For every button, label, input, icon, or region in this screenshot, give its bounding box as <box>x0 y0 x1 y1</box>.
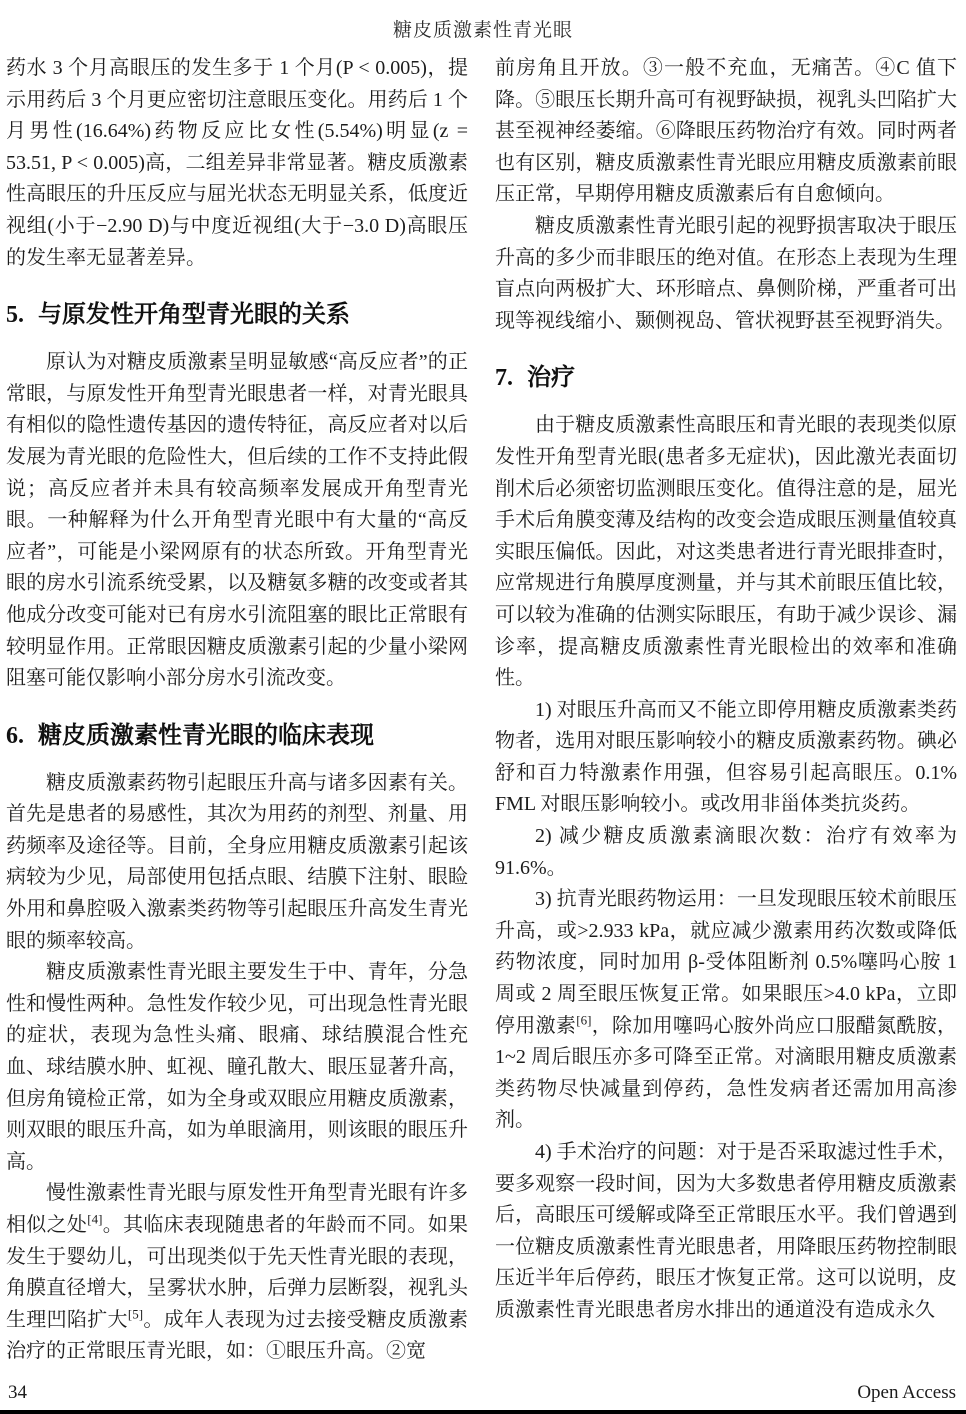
section-title: 治疗 <box>527 364 575 391</box>
citation-ref-4: [4] <box>87 1211 102 1226</box>
section-number: 5. <box>6 300 24 330</box>
license-label: Open Access <box>857 1382 956 1404</box>
paragraph: 糖皮质激素性青光眼主要发生于中、青年，分急性和慢性两种。急性发作较少见，可出现急… <box>6 957 468 1178</box>
paragraph-continuation: 前房角且开放。③一般不充血，无痛苦。④C 值下降。⑤眼压长期升高可有视野缺损，视… <box>495 53 957 211</box>
running-header: 糖皮质激素性青光眼 <box>0 0 966 42</box>
paragraph: 原认为对糖皮质激素呈明显敏感“高反应者”的正常眼，与原发性开角型青光眼患者一样，… <box>6 347 468 695</box>
list-item-paragraph-1: 1) 对眼压升高而又不能立即停用糖皮质激素类药物者，选用对眼压影响较小的糖皮质激… <box>495 695 957 821</box>
paragraph-continuation: 药水 3 个月高眼压的发生多于 1 个月(P < 0.005)，提示用药后 3 … <box>6 53 468 274</box>
citation-ref-6: [6] <box>576 1012 591 1027</box>
citation-ref-5: [5] <box>128 1306 143 1321</box>
two-column-body: 药水 3 个月高眼压的发生多于 1 个月(P < 0.005)，提示用药后 3 … <box>0 53 966 1368</box>
running-header-title: 糖皮质激素性青光眼 <box>393 20 573 41</box>
list-item-paragraph-2: 2) 减少糖皮质激素滴眼次数：治疗有效率为 91.6%。 <box>495 821 957 884</box>
paragraph: 慢性激素性青光眼与原发性开角型青光眼有许多相似之处[4]。其临床表现随患者的年龄… <box>6 1178 468 1368</box>
left-column: 药水 3 个月高眼压的发生多于 1 个月(P < 0.005)，提示用药后 3 … <box>6 53 468 1368</box>
document-page: 糖皮质激素性青光眼 药水 3 个月高眼压的发生多于 1 个月(P < 0.005… <box>0 0 966 1414</box>
paragraph: 糖皮质激素药物引起眼压升高与诸多因素有关。首先是患者的易感性，其次为用药的剂型、… <box>6 768 468 958</box>
section-title: 糖皮质激素性青光眼的临床表现 <box>38 722 374 749</box>
section-heading-6: 6.糖皮质激素性青光眼的临床表现 <box>6 721 468 751</box>
right-column: 前房角且开放。③一般不充血，无痛苦。④C 值下降。⑤眼压长期升高可有视野缺损，视… <box>495 53 957 1368</box>
list-item-paragraph-4: 4) 手术治疗的问题：对于是否采取滤过性手术，要多观察一段时间，因为大多数患者停… <box>495 1137 957 1327</box>
page-footer: 34 Open Access <box>8 1382 956 1404</box>
list-item-paragraph-3: 3) 抗青光眼药物运用：一旦发现眼压较术前眼压升高，或>2.933 kPa，就应… <box>495 884 957 1137</box>
section-heading-7: 7.治疗 <box>495 363 957 393</box>
paragraph: 糖皮质激素性青光眼引起的视野损害取决于眼压升高的多少而非眼压的绝对值。在形态上表… <box>495 211 957 337</box>
page-number: 34 <box>8 1382 27 1404</box>
section-number: 6. <box>6 721 24 751</box>
scan-edge-bar <box>0 1410 966 1414</box>
section-title: 与原发性开角型青光眼的关系 <box>38 301 350 328</box>
section-heading-5: 5.与原发性开角型青光眼的关系 <box>6 300 468 330</box>
paragraph: 由于糖皮质激素性高眼压和青光眼的表现类似原发性开角型青光眼(患者多无症状)，因此… <box>495 410 957 694</box>
section-number: 7. <box>495 363 513 393</box>
